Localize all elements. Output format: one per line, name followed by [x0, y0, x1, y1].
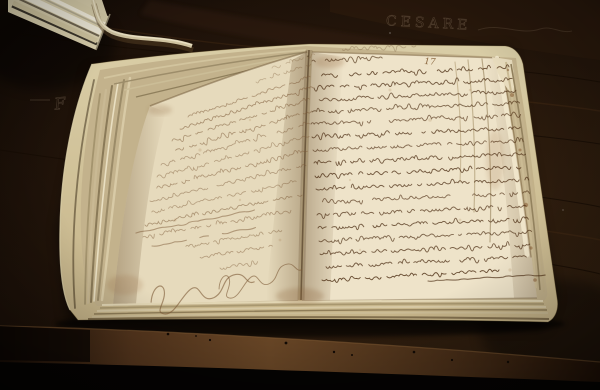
photo-of-manuscript: CESARE F: [0, 0, 600, 390]
vignette-overlay: [0, 0, 600, 390]
scene-canvas: CESARE F: [0, 0, 600, 390]
